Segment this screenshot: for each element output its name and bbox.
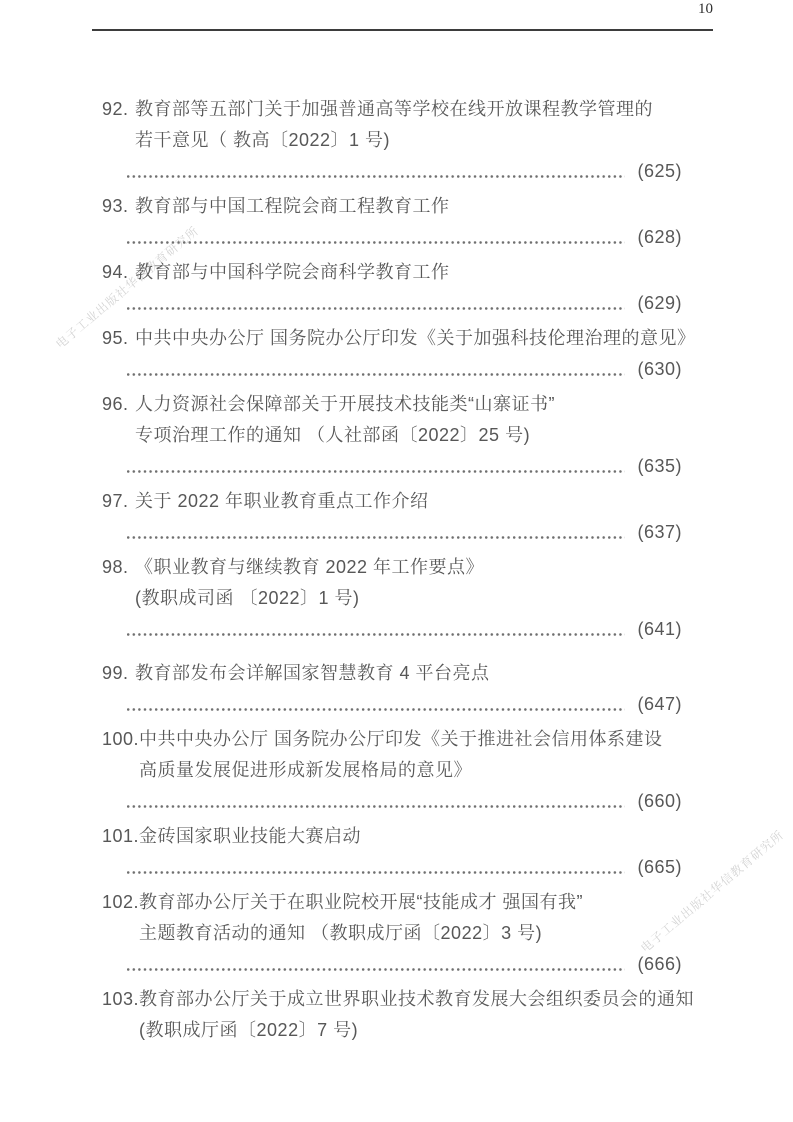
toc-entry: 97. 关于 2022 年职业教育重点工作介绍 (637) xyxy=(102,486,713,548)
entry-number: 95. xyxy=(102,323,135,354)
entry-title: 教育部与中国科学院会商科学教育工作 xyxy=(135,257,713,288)
toc-entry: 100. 中共中央办公厅 国务院办公厅印发《关于推进社会信用体系建设高质量发展促… xyxy=(102,724,713,817)
entry-title: 教育部等五部门关于加强普通高等学校在线开放课程教学管理的若干意见（ 教高〔202… xyxy=(135,94,713,156)
leader-row: (637) xyxy=(127,517,682,548)
entry-title-line: (教职成司函 〔2022〕1 号) xyxy=(135,583,713,614)
dot-leader xyxy=(127,307,625,310)
entry-row: 94. 教育部与中国科学院会商科学教育工作 xyxy=(102,257,713,288)
entry-title: 关于 2022 年职业教育重点工作介绍 xyxy=(135,486,713,517)
entry-title: 教育部办公厅关于成立世界职业技术教育发展大会组织委员会的通知(教职成厅函〔202… xyxy=(139,984,713,1046)
entry-page-number: (629) xyxy=(637,288,682,319)
entry-title: 教育部办公厅关于在职业院校开展“技能成才 强国有我”主题教育活动的通知 （教职成… xyxy=(139,887,713,949)
entry-title-line: 中共中央办公厅 国务院办公厅印发《关于推进社会信用体系建设 xyxy=(139,724,713,755)
leader-row: (630) xyxy=(127,354,682,385)
dot-leader xyxy=(127,175,625,178)
entry-title-line: 人力资源社会保障部关于开展技术技能类“山寨证书” xyxy=(135,389,713,420)
entry-page-number: (630) xyxy=(637,354,682,385)
entry-title: 中共中央办公厅 国务院办公厅印发《关于加强科技伦理治理的意见》 xyxy=(135,323,713,354)
leader-row: (660) xyxy=(127,786,682,817)
entry-title: 教育部与中国工程院会商工程教育工作 xyxy=(135,191,713,222)
entry-number: 103. xyxy=(102,984,139,1015)
entry-page-number: (647) xyxy=(637,689,682,720)
page-number: 10 xyxy=(698,1,713,18)
entry-number: 101. xyxy=(102,821,139,852)
entry-row: 98. 《职业教育与继续教育 2022 年工作要点》(教职成司函 〔2022〕1… xyxy=(102,552,713,614)
toc-entry: 99. 教育部发布会详解国家智慧教育 4 平台亮点 (647) xyxy=(102,658,713,720)
entry-title-line: 教育部发布会详解国家智慧教育 4 平台亮点 xyxy=(135,658,713,689)
toc-entry: 102. 教育部办公厅关于在职业院校开展“技能成才 强国有我”主题教育活动的通知… xyxy=(102,887,713,980)
entry-row: 93. 教育部与中国工程院会商工程教育工作 xyxy=(102,191,713,222)
entry-number: 96. xyxy=(102,389,135,420)
dot-leader xyxy=(127,805,625,808)
entry-row: 92. 教育部等五部门关于加强普通高等学校在线开放课程教学管理的若干意见（ 教高… xyxy=(102,94,713,156)
dot-leader xyxy=(127,708,625,711)
entry-title: 人力资源社会保障部关于开展技术技能类“山寨证书”专项治理工作的通知 （人社部函〔… xyxy=(135,389,713,451)
entry-row: 99. 教育部发布会详解国家智慧教育 4 平台亮点 xyxy=(102,658,713,689)
entry-row: 97. 关于 2022 年职业教育重点工作介绍 xyxy=(102,486,713,517)
toc-entry: 103. 教育部办公厅关于成立世界职业技术教育发展大会组织委员会的通知(教职成厅… xyxy=(102,984,713,1046)
entry-page-number: (637) xyxy=(637,517,682,548)
toc-entry: 95. 中共中央办公厅 国务院办公厅印发《关于加强科技伦理治理的意见》 (630… xyxy=(102,323,713,385)
toc-entry: 93. 教育部与中国工程院会商工程教育工作 (628) xyxy=(102,191,713,253)
entry-number: 92. xyxy=(102,94,135,125)
entry-title-line: 关于 2022 年职业教育重点工作介绍 xyxy=(135,486,713,517)
entry-row: 101. 金砖国家职业技能大赛启动 xyxy=(102,821,713,852)
entry-title-line: 教育部与中国工程院会商工程教育工作 xyxy=(135,191,713,222)
leader-row: (641) xyxy=(127,614,682,645)
entry-row: 103. 教育部办公厅关于成立世界职业技术教育发展大会组织委员会的通知(教职成厅… xyxy=(102,984,713,1046)
leader-row: (635) xyxy=(127,451,682,482)
entry-title-line: 中共中央办公厅 国务院办公厅印发《关于加强科技伦理治理的意见》 xyxy=(135,323,713,354)
entry-title: 中共中央办公厅 国务院办公厅印发《关于推进社会信用体系建设高质量发展促进形成新发… xyxy=(139,724,713,786)
entry-page-number: (641) xyxy=(637,614,682,645)
dot-leader xyxy=(127,470,625,473)
entry-title-line: 教育部办公厅关于成立世界职业技术教育发展大会组织委员会的通知 xyxy=(139,984,713,1015)
entry-title: 教育部发布会详解国家智慧教育 4 平台亮点 xyxy=(135,658,713,689)
dot-leader xyxy=(127,241,625,244)
entry-row: 96. 人力资源社会保障部关于开展技术技能类“山寨证书”专项治理工作的通知 （人… xyxy=(102,389,713,451)
entry-row: 95. 中共中央办公厅 国务院办公厅印发《关于加强科技伦理治理的意见》 xyxy=(102,323,713,354)
entry-page-number: (660) xyxy=(637,786,682,817)
entry-page-number: (635) xyxy=(637,451,682,482)
toc-entry: 98. 《职业教育与继续教育 2022 年工作要点》(教职成司函 〔2022〕1… xyxy=(102,552,713,645)
entry-title: 金砖国家职业技能大赛启动 xyxy=(139,821,713,852)
entry-row: 100. 中共中央办公厅 国务院办公厅印发《关于推进社会信用体系建设高质量发展促… xyxy=(102,724,713,786)
entry-page-number: (625) xyxy=(637,156,682,187)
entry-number: 94. xyxy=(102,257,135,288)
entry-number: 97. xyxy=(102,486,135,517)
dot-leader xyxy=(127,373,625,376)
leader-row: (628) xyxy=(127,222,682,253)
leader-row: (629) xyxy=(127,288,682,319)
entry-number: 100. xyxy=(102,724,139,755)
entry-title-line: 教育部与中国科学院会商科学教育工作 xyxy=(135,257,713,288)
toc-entry: 92. 教育部等五部门关于加强普通高等学校在线开放课程教学管理的若干意见（ 教高… xyxy=(102,94,713,187)
entry-title-line: 专项治理工作的通知 （人社部函〔2022〕25 号) xyxy=(135,420,713,451)
entry-page-number: (628) xyxy=(637,222,682,253)
dot-leader xyxy=(127,633,625,636)
entry-title: 《职业教育与继续教育 2022 年工作要点》(教职成司函 〔2022〕1 号) xyxy=(135,552,713,614)
leader-row: (625) xyxy=(127,156,682,187)
dot-leader xyxy=(127,871,625,874)
entry-page-number: (666) xyxy=(637,949,682,980)
entry-number: 99. xyxy=(102,658,135,689)
entry-title-line: 教育部办公厅关于在职业院校开展“技能成才 强国有我” xyxy=(139,887,713,918)
dot-leader xyxy=(127,536,625,539)
leader-row: (647) xyxy=(127,689,682,720)
header-rule xyxy=(92,29,713,31)
entry-title-line: 教育部等五部门关于加强普通高等学校在线开放课程教学管理的 xyxy=(135,94,713,125)
entry-title-line: 高质量发展促进形成新发展格局的意见》 xyxy=(139,755,713,786)
toc-list: 92. 教育部等五部门关于加强普通高等学校在线开放课程教学管理的若干意见（ 教高… xyxy=(102,94,713,1050)
entry-title-line: 《职业教育与继续教育 2022 年工作要点》 xyxy=(135,552,713,583)
entry-number: 93. xyxy=(102,191,135,222)
leader-row: (665) xyxy=(127,852,682,883)
toc-entry: 101. 金砖国家职业技能大赛启动 (665) xyxy=(102,821,713,883)
entry-title-line: (教职成厅函〔2022〕7 号) xyxy=(139,1015,713,1046)
toc-entry: 94. 教育部与中国科学院会商科学教育工作 (629) xyxy=(102,257,713,319)
dot-leader xyxy=(127,968,625,971)
entry-number: 102. xyxy=(102,887,139,918)
entry-title-line: 主题教育活动的通知 （教职成厅函〔2022〕3 号) xyxy=(139,918,713,949)
entry-number: 98. xyxy=(102,552,135,583)
entry-page-number: (665) xyxy=(637,852,682,883)
toc-entry: 96. 人力资源社会保障部关于开展技术技能类“山寨证书”专项治理工作的通知 （人… xyxy=(102,389,713,482)
leader-row: (666) xyxy=(127,949,682,980)
entry-row: 102. 教育部办公厅关于在职业院校开展“技能成才 强国有我”主题教育活动的通知… xyxy=(102,887,713,949)
entry-title-line: 金砖国家职业技能大赛启动 xyxy=(139,821,713,852)
entry-title-line: 若干意见（ 教高〔2022〕1 号) xyxy=(135,125,713,156)
